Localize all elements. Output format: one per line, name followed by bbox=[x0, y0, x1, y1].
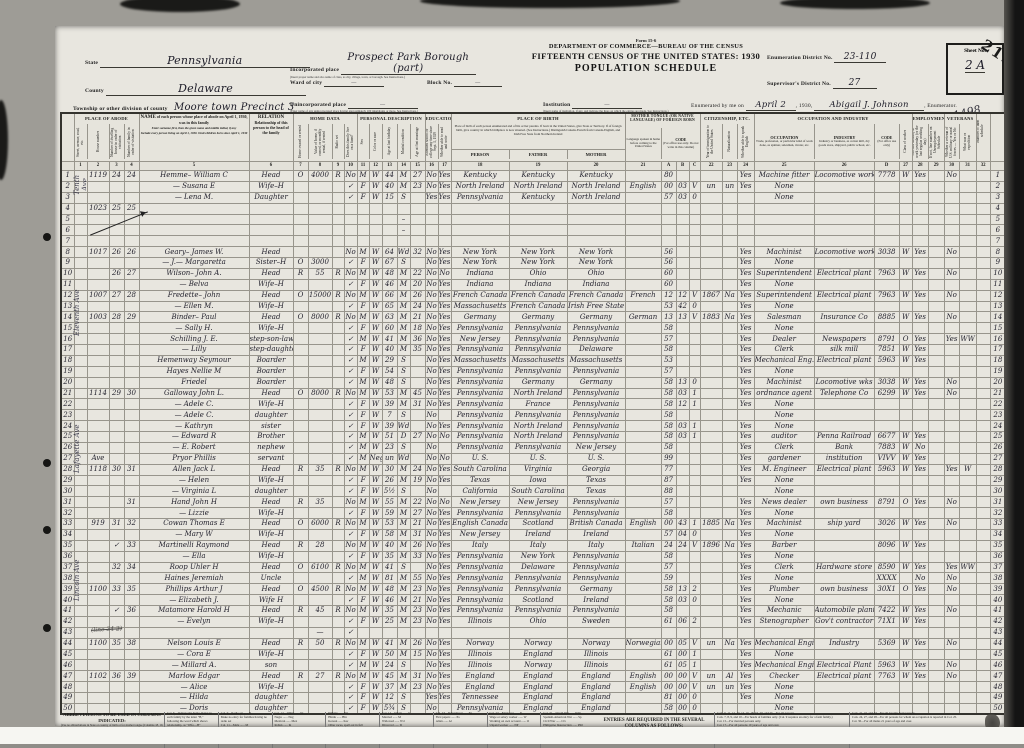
cell-val bbox=[308, 649, 332, 660]
cell-nat: Al bbox=[722, 671, 737, 682]
cell-emp bbox=[912, 301, 928, 312]
county-field: County Delaware bbox=[85, 82, 306, 96]
cell-frm: ✓ bbox=[344, 334, 357, 345]
cell-nat bbox=[722, 225, 737, 236]
cell-frm: ✓ bbox=[344, 529, 357, 540]
cell-own: R bbox=[293, 671, 308, 682]
cell-sch bbox=[425, 236, 438, 247]
cell-am: 22 bbox=[410, 268, 425, 279]
cell-cod bbox=[874, 258, 899, 269]
cell-bm bbox=[567, 214, 625, 225]
cell-name: — Hilda bbox=[139, 693, 249, 704]
cell-bm: New York bbox=[567, 247, 625, 258]
cell-sex: F bbox=[357, 475, 369, 486]
cell-fam: 39 bbox=[124, 671, 139, 682]
cell-cls bbox=[899, 214, 912, 225]
cell-nat bbox=[722, 606, 737, 617]
cell-emp: Yes bbox=[912, 660, 928, 671]
cell-h: 1118 bbox=[87, 464, 109, 475]
cell-bm: England bbox=[567, 693, 625, 704]
cell-cod bbox=[874, 421, 899, 432]
column-number: 8 bbox=[308, 162, 332, 171]
cell-eno bbox=[928, 312, 944, 323]
cell-mar: M bbox=[397, 345, 410, 356]
cell-ca: 58 bbox=[661, 410, 676, 421]
cell-val bbox=[308, 279, 332, 290]
cell-colr: W bbox=[369, 181, 382, 192]
cell-rw: Yes bbox=[438, 355, 451, 366]
cell-sch: No bbox=[425, 410, 438, 421]
cell-sch: No bbox=[425, 519, 438, 530]
cell-ca: 88 bbox=[661, 486, 676, 497]
cell-rad bbox=[332, 345, 344, 356]
cell-own: O bbox=[293, 258, 308, 269]
cell-eno bbox=[928, 573, 944, 584]
cell-bm: Ireland bbox=[567, 595, 625, 606]
cell-nat bbox=[722, 268, 737, 279]
cell-colr: W bbox=[369, 399, 382, 410]
cell-name bbox=[139, 214, 249, 225]
department-heading: DEPARTMENT OF COMMERCE—BUREAU OF THE CEN… bbox=[491, 43, 801, 50]
cell-rel: sister bbox=[249, 421, 293, 432]
cell-bp: U. S. bbox=[451, 453, 509, 464]
immigration-year-column-header: Year of immigration to the United States bbox=[701, 124, 723, 159]
cell-cb: 04 bbox=[676, 529, 689, 540]
cell-tng bbox=[625, 410, 661, 421]
cell-h bbox=[87, 301, 109, 312]
column-number: C bbox=[689, 162, 700, 171]
cell-sch: No bbox=[425, 638, 438, 649]
cell-bp: Pennsylvania bbox=[451, 377, 509, 388]
cell-occ: Clerk bbox=[754, 562, 814, 573]
cell-name: Galloway John L. bbox=[139, 388, 249, 399]
cell-frm: No bbox=[344, 388, 357, 399]
cell-name: — J.— Margaretta bbox=[139, 258, 249, 269]
place-of-abode-group: PLACE OF ABODE Street, avenue, road, etc… bbox=[74, 113, 139, 162]
cell-rw bbox=[438, 214, 451, 225]
cell-bp: Illinois bbox=[451, 660, 509, 671]
cell-h bbox=[87, 366, 109, 377]
cell-mar: M bbox=[397, 334, 410, 345]
cell-cod: 7422 bbox=[874, 606, 899, 617]
table-row: 22— Adele C.Wife–H✓FW39M31NoYesPennsylva… bbox=[61, 399, 1006, 410]
cell-bm: Indiana bbox=[567, 279, 625, 290]
cell-cb: 03 bbox=[676, 421, 689, 432]
cell-nat bbox=[722, 464, 737, 475]
cell-mar: M bbox=[397, 649, 410, 660]
table-row: 6–6 bbox=[61, 225, 1006, 236]
table-row: 373234Roop Uhler HHeadO6100RNoMW41SNoYes… bbox=[61, 562, 1006, 573]
cell-eng: Yes bbox=[737, 660, 754, 671]
cell-rad bbox=[332, 355, 344, 366]
cell-ca: 53 bbox=[661, 355, 676, 366]
cell-bm: Texas bbox=[567, 486, 625, 497]
cell-ca bbox=[661, 627, 676, 638]
column-number: 22 bbox=[700, 162, 722, 171]
cell-val: 6100 bbox=[308, 562, 332, 573]
cell-val bbox=[308, 410, 332, 421]
cell-occ bbox=[754, 627, 814, 638]
cell-sex: M bbox=[357, 377, 369, 388]
cell-rad bbox=[332, 203, 344, 214]
cell-colr: W bbox=[369, 171, 382, 182]
home-owned-column-header: Home owned or rented bbox=[294, 124, 309, 159]
table-row: 25— Edward RBrother✓MW51D27NoNoPennsylva… bbox=[61, 432, 1006, 443]
cell-cc bbox=[689, 268, 700, 279]
cell-frm: ✓ bbox=[344, 693, 357, 704]
cell-bp: Tennessee bbox=[451, 693, 509, 704]
cell-name: Pryor Phillis bbox=[139, 453, 249, 464]
cell-own bbox=[293, 203, 308, 214]
cell-street bbox=[74, 203, 87, 214]
form-title-block: Form 15-6 DEPARTMENT OF COMMERCE—BUREAU … bbox=[491, 38, 801, 74]
cell-eno bbox=[928, 355, 944, 366]
cell-colr bbox=[369, 203, 382, 214]
cell-fs bbox=[976, 627, 990, 638]
cell-name: Nelson Louis E bbox=[139, 638, 249, 649]
cell-age bbox=[382, 203, 397, 214]
cell-sch: No bbox=[425, 290, 438, 301]
column-numbers-row: 123456789101112131415161718192021ABC2223… bbox=[61, 162, 1006, 171]
cell-vet bbox=[944, 236, 959, 247]
cell-vet bbox=[944, 203, 959, 214]
cell-mar: M bbox=[397, 388, 410, 399]
unemployment-line-column-header: If not, line number on Unemployment Sche… bbox=[928, 124, 944, 159]
cell-war bbox=[959, 312, 976, 323]
cell-bf: New York bbox=[509, 247, 567, 258]
cell-fs bbox=[976, 181, 990, 192]
cell-tng: French bbox=[625, 290, 661, 301]
cell-bm: Illinois bbox=[567, 660, 625, 671]
cell-bp: New York bbox=[451, 247, 509, 258]
cell-rad bbox=[332, 508, 344, 519]
cell-rad: R bbox=[332, 638, 344, 649]
cell-cb bbox=[676, 323, 689, 334]
cell-mar: M bbox=[397, 171, 410, 182]
cell-am: 23 bbox=[410, 584, 425, 595]
cell-own bbox=[293, 279, 308, 290]
cell-colr: W bbox=[369, 551, 382, 562]
cell-emp: Yes bbox=[912, 584, 928, 595]
cell-rel: Head bbox=[249, 540, 293, 551]
cell-mar: M bbox=[397, 540, 410, 551]
cell-rad: R bbox=[332, 312, 344, 323]
cell-rw bbox=[438, 225, 451, 236]
cell-bf: Massachusetts bbox=[509, 355, 567, 366]
cell-name: — Sally H. bbox=[139, 323, 249, 334]
cell-cc bbox=[689, 258, 700, 269]
cell-rel: Head bbox=[249, 268, 293, 279]
cell-cb: 00 bbox=[676, 671, 689, 682]
cell-ind bbox=[814, 203, 874, 214]
cell-cod: XXXX bbox=[874, 573, 899, 584]
cell-cod: 7963 bbox=[874, 290, 899, 301]
cell-am: 27 bbox=[410, 432, 425, 443]
cell-rel: Sister–H bbox=[249, 258, 293, 269]
cell-occ bbox=[754, 214, 814, 225]
cell-name: — Helen bbox=[139, 475, 249, 486]
cell-bp: Pennsylvania bbox=[451, 432, 509, 443]
cell-name: Hemme– William C bbox=[139, 171, 249, 182]
cell-bp: New Jersey bbox=[451, 497, 509, 508]
cell-sch: No bbox=[425, 606, 438, 617]
cell-war bbox=[959, 627, 976, 638]
cell-imm bbox=[700, 192, 722, 203]
table-row: 2— Susana EWife–H✓FW40M23NoYesNorth Irel… bbox=[61, 181, 1006, 192]
cell-tng: Norwegian bbox=[625, 638, 661, 649]
cell-emp bbox=[912, 421, 928, 432]
cell-tng bbox=[625, 486, 661, 497]
cell-name: — Lizzie bbox=[139, 508, 249, 519]
cell-emp: No bbox=[912, 442, 928, 453]
cell-emp bbox=[912, 366, 928, 377]
cell-age: 40 bbox=[382, 540, 397, 551]
cell-war bbox=[959, 453, 976, 464]
cell-val: — bbox=[308, 627, 332, 638]
cell-tng bbox=[625, 616, 661, 627]
cell-cc bbox=[689, 214, 700, 225]
cell-cb: 12 bbox=[676, 290, 689, 301]
cell-rel: servant bbox=[249, 453, 293, 464]
cell-dw bbox=[109, 693, 124, 704]
cell-fs bbox=[976, 258, 990, 269]
column-number: 23 bbox=[722, 162, 737, 171]
cell-tng bbox=[625, 236, 661, 247]
cell-emp bbox=[912, 181, 928, 192]
cell-own bbox=[293, 345, 308, 356]
cell-nat bbox=[722, 616, 737, 627]
citizenship-group: CITIZENSHIP, ETC. Year of immigration to… bbox=[700, 113, 754, 162]
cell-bf: Pennsylvania bbox=[509, 508, 567, 519]
cell-ind: Telephone Co bbox=[814, 388, 874, 399]
cell-bm: Sweden bbox=[567, 616, 625, 627]
cell-bm: Pennsylvania bbox=[567, 410, 625, 421]
cell-dw bbox=[109, 279, 124, 290]
cell-imm: 1867 bbox=[700, 290, 722, 301]
cell-cb bbox=[676, 345, 689, 356]
cell-own: O bbox=[293, 312, 308, 323]
cell-val bbox=[308, 616, 332, 627]
cell-vet bbox=[944, 551, 959, 562]
cell-occ: Clerk bbox=[754, 345, 814, 356]
cell-fs bbox=[976, 214, 990, 225]
cell-ind bbox=[814, 399, 874, 410]
cell-ind: Gov't contractor bbox=[814, 616, 874, 627]
cell-rw: Yes bbox=[438, 682, 451, 693]
cell-age: 54 bbox=[382, 366, 397, 377]
cell-rel bbox=[249, 203, 293, 214]
cell-cb bbox=[676, 268, 689, 279]
cell-nat bbox=[722, 334, 737, 345]
cell-cb: 03 bbox=[676, 192, 689, 203]
cell-eng: Yes bbox=[737, 475, 754, 486]
house-number-column-header: House number bbox=[87, 124, 109, 159]
cell-cls: W bbox=[899, 671, 912, 682]
cell-frm bbox=[344, 236, 357, 247]
cell-eno bbox=[928, 649, 944, 660]
cell-war bbox=[959, 247, 976, 258]
cell-cod: 5963 bbox=[874, 660, 899, 671]
mother-column-header: MOTHER bbox=[567, 150, 625, 159]
cell-colr: W bbox=[369, 540, 382, 551]
cell-cc bbox=[689, 453, 700, 464]
cell-sex: F bbox=[357, 301, 369, 312]
cell-vet: No bbox=[944, 573, 959, 584]
cell-sex: M bbox=[357, 540, 369, 551]
cell-cls: W bbox=[899, 442, 912, 453]
table-row: 32— LizzieWife–H✓FW59M27NoYesPennsylvani… bbox=[61, 508, 1006, 519]
cell-bm: British Canada bbox=[567, 519, 625, 530]
cell-mar: S bbox=[397, 410, 410, 421]
cell-rad bbox=[332, 497, 344, 508]
cell-vet bbox=[944, 682, 959, 693]
cell-cb bbox=[676, 606, 689, 617]
code-columns-header: CODE (For office use only. Do not write … bbox=[661, 128, 700, 159]
cell-ind bbox=[814, 181, 874, 192]
cell-occ: News dealer bbox=[754, 497, 814, 508]
cell-emp: Yes bbox=[912, 377, 928, 388]
cell-am: 26 bbox=[410, 638, 425, 649]
cell-cls: O bbox=[899, 584, 912, 595]
cell-own: R bbox=[293, 638, 308, 649]
cell-war bbox=[959, 355, 976, 366]
cell-fam: 35 bbox=[124, 584, 139, 595]
class-of-worker-column-header: Class of worker bbox=[899, 124, 912, 159]
column-number: 9 bbox=[332, 162, 344, 171]
cell-eno bbox=[928, 366, 944, 377]
cell-occ: None bbox=[754, 486, 814, 497]
cell-imm bbox=[700, 268, 722, 279]
cell-own bbox=[293, 192, 308, 203]
cell-bf: Pennsylvania bbox=[509, 366, 567, 377]
at-work-column-header: Whether actually at work yesterday (or t… bbox=[913, 124, 928, 159]
cell-ca: 58 bbox=[661, 421, 676, 432]
cell-war bbox=[959, 671, 976, 682]
cell-rw: Yes bbox=[438, 540, 451, 551]
cell-own bbox=[293, 236, 308, 247]
cell-rad bbox=[332, 301, 344, 312]
cell-sex: F bbox=[357, 345, 369, 356]
cell-nat bbox=[722, 236, 737, 247]
cell-bp: Pennsylvania bbox=[451, 573, 509, 584]
cell-imm bbox=[700, 236, 722, 247]
cell-cls: W bbox=[899, 345, 912, 356]
cell-own: O bbox=[293, 171, 308, 182]
cell-cb bbox=[676, 475, 689, 486]
language-spoken-column-header: Language spoken in home before coming to… bbox=[626, 128, 662, 159]
cell-bp: Indiana bbox=[451, 268, 509, 279]
line-number: 46 bbox=[61, 660, 74, 671]
cell-cc bbox=[689, 171, 700, 182]
cell-dw: 32 bbox=[109, 562, 124, 573]
table-row: 48— AliceWife–H✓FW37M23NoYesEnglandEngla… bbox=[61, 682, 1006, 693]
cell-frm: No bbox=[344, 540, 357, 551]
cell-am: 21 bbox=[410, 519, 425, 530]
cell-emp bbox=[912, 649, 928, 660]
cell-cls: W bbox=[899, 606, 912, 617]
cell-sch: No bbox=[425, 171, 438, 182]
cell-eno bbox=[928, 388, 944, 399]
cell-bp: Massachusetts bbox=[451, 355, 509, 366]
cell-cc bbox=[689, 562, 700, 573]
cell-cc: 1 bbox=[689, 421, 700, 432]
cell-rel: Daughter bbox=[249, 192, 293, 203]
cell-val bbox=[308, 693, 332, 704]
family-number-column-header: Number of family in order of visitation bbox=[124, 124, 139, 159]
cell-cc: 2 bbox=[689, 616, 700, 627]
cell-imm bbox=[700, 464, 722, 475]
cell-fs bbox=[976, 203, 990, 214]
cell-cls: W bbox=[899, 432, 912, 443]
cell-rad bbox=[332, 247, 344, 258]
cell-val bbox=[308, 486, 332, 497]
cell-imm bbox=[700, 584, 722, 595]
cell-sch: No bbox=[425, 355, 438, 366]
cell-val: 50 bbox=[308, 638, 332, 649]
cell-fam bbox=[124, 377, 139, 388]
cell-cls bbox=[899, 366, 912, 377]
institution-value: — bbox=[572, 102, 642, 109]
cell-ca: 58 bbox=[661, 508, 676, 519]
cell-cls bbox=[899, 203, 912, 214]
cell-emp bbox=[912, 627, 928, 638]
cell-age: 50 bbox=[382, 649, 397, 660]
cell-sch: No bbox=[425, 268, 438, 279]
cell-rel: daughter bbox=[249, 693, 293, 704]
occupation-industry-group: OCCUPATION AND INDUSTRY OCCUPATION Trade… bbox=[754, 113, 912, 162]
cell-eno bbox=[928, 268, 944, 279]
cell-ind bbox=[814, 540, 874, 551]
scan-edge bbox=[1004, 0, 1024, 744]
cell-rad bbox=[332, 486, 344, 497]
cell-h bbox=[87, 693, 109, 704]
cell-colr: W bbox=[369, 312, 382, 323]
cell-sch: No bbox=[425, 540, 438, 551]
cell-eno bbox=[928, 345, 944, 356]
cell-sex: F bbox=[357, 323, 369, 334]
cell-own: O bbox=[293, 388, 308, 399]
cell-imm bbox=[700, 486, 722, 497]
cell-cc bbox=[689, 247, 700, 258]
cell-mar: S bbox=[397, 486, 410, 497]
cell-ca: 00 bbox=[661, 638, 676, 649]
table-row: 36— EllaWife–H✓FW35M33NoYesPennsylvaniaN… bbox=[61, 551, 1006, 562]
cell-emp: Yes bbox=[912, 453, 928, 464]
cell-fs bbox=[976, 355, 990, 366]
cell-sch bbox=[425, 203, 438, 214]
cell-rw: Yes bbox=[438, 562, 451, 573]
cell-bf: North Ireland bbox=[509, 432, 567, 443]
cell-colr: W bbox=[369, 442, 382, 453]
cell-emp: Yes bbox=[912, 432, 928, 443]
cell-cc: V bbox=[689, 682, 700, 693]
cell-sch: No bbox=[425, 258, 438, 269]
cell-cod bbox=[874, 323, 899, 334]
cell-h bbox=[87, 214, 109, 225]
cell-bp: Pennsylvania bbox=[451, 584, 509, 595]
cell-tng bbox=[625, 171, 661, 182]
cell-rad: R bbox=[332, 606, 344, 617]
cell-mar: – bbox=[397, 214, 410, 225]
cell-eno bbox=[928, 323, 944, 334]
cell-dw bbox=[109, 497, 124, 508]
cell-bp: Norway bbox=[451, 638, 509, 649]
cell-h bbox=[87, 606, 109, 617]
cell-ca: 58 bbox=[661, 399, 676, 410]
cell-age: 24 bbox=[382, 660, 397, 671]
scanned-census-sheet: Form 15-6 DEPARTMENT OF COMMERCE—BUREAU … bbox=[0, 0, 1024, 744]
cell-val bbox=[308, 192, 332, 203]
